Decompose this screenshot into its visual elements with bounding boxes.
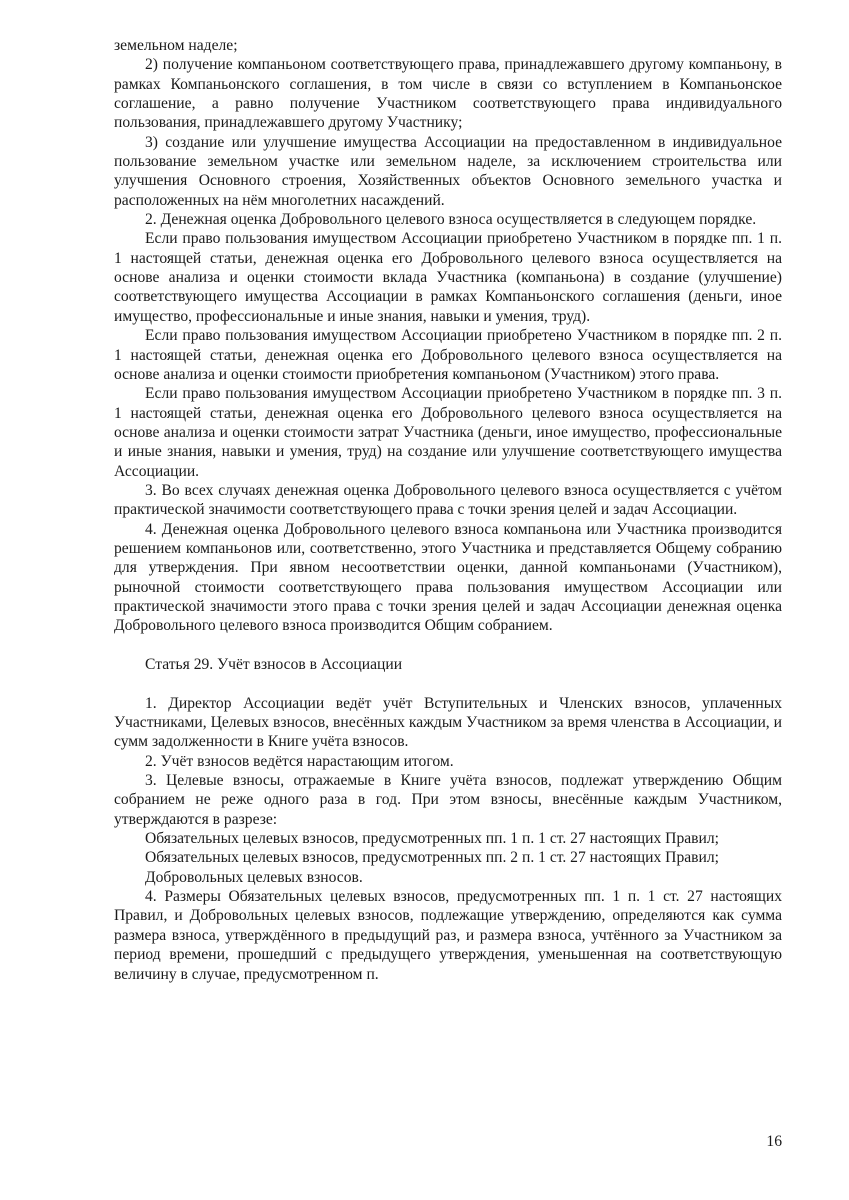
paragraph-item-2: 2. Денежная оценка Добровольного целевог…: [114, 210, 782, 229]
document-page: земельном наделе; 2) получение компаньон…: [114, 36, 782, 984]
page-number: 16: [766, 1133, 782, 1151]
article-item-3-list-2: Обязательных целевых взносов, предусмотр…: [114, 848, 782, 867]
paragraph-item-4: 4. Денежная оценка Добровольного целевог…: [114, 520, 782, 636]
article-item-3-list-1: Обязательных целевых взносов, предусмотр…: [114, 829, 782, 848]
paragraph-case-2: Если право пользования имуществом Ассоци…: [114, 326, 782, 384]
article-item-3-list-3: Добровольных целевых взносов.: [114, 868, 782, 887]
article-item-3: 3. Целевые взносы, отражаемые в Книге уч…: [114, 771, 782, 829]
article-item-1: 1. Директор Ассоциации ведёт учёт Вступи…: [114, 694, 782, 752]
article-item-4: 4. Размеры Обязательных целевых взносов,…: [114, 887, 782, 984]
paragraph-continuation: земельном наделе;: [114, 36, 782, 55]
spacer: [114, 636, 782, 655]
article-item-2: 2. Учёт взносов ведётся нарастающим итог…: [114, 752, 782, 771]
article-heading: Статья 29. Учёт взносов в Ассоциации: [114, 655, 782, 674]
paragraph-item-3: 3. Во всех случаях денежная оценка Добро…: [114, 481, 782, 520]
paragraph-subitem-3: 3) создание или улучшение имущества Ассо…: [114, 133, 782, 210]
paragraph-subitem-2: 2) получение компаньоном соответствующег…: [114, 55, 782, 132]
spacer: [114, 674, 782, 693]
paragraph-case-3: Если право пользования имуществом Ассоци…: [114, 384, 782, 481]
paragraph-case-1: Если право пользования имуществом Ассоци…: [114, 229, 782, 326]
